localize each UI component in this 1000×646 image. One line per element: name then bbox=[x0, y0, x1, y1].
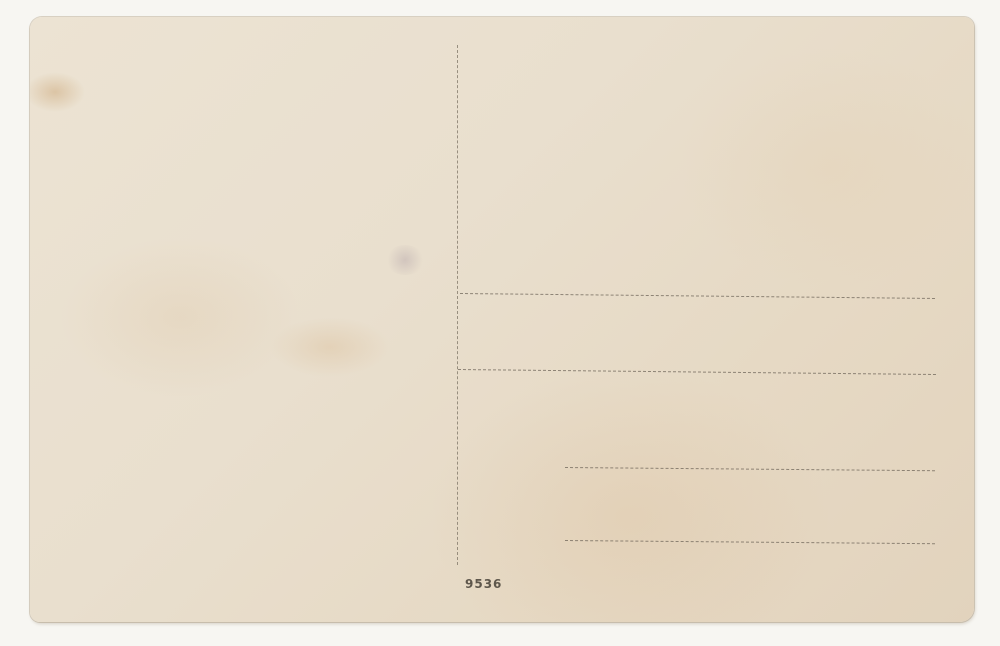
address-line-3 bbox=[565, 467, 935, 471]
divider-line bbox=[457, 45, 458, 565]
postcard-back: 9536 bbox=[30, 17, 974, 622]
serial-number: 9536 bbox=[465, 577, 502, 591]
address-line-1 bbox=[460, 293, 935, 299]
faded-stamp-mark bbox=[385, 245, 425, 275]
address-line-4 bbox=[565, 540, 935, 544]
address-line-2 bbox=[458, 369, 936, 375]
